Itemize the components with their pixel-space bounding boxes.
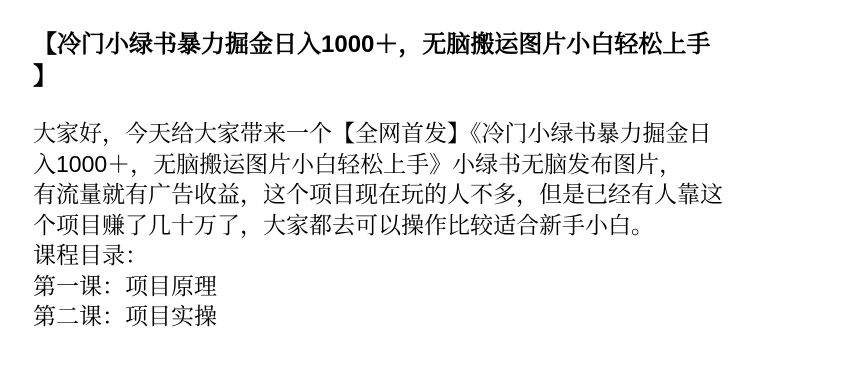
document-title: 【冷门小绿书暴力掘金日入1000＋，无脑搬运图片小白轻松上手 】 xyxy=(33,29,820,93)
body-line-2: 入1000＋，无脑搬运图片小白轻松上手》小绿书无脑发布图片， xyxy=(33,149,820,180)
document-body: 大家好，今天给大家带来一个【全网首发】《冷门小绿书暴力掘金日 入1000＋，无脑… xyxy=(33,118,820,332)
title-line-1: 【冷门小绿书暴力掘金日入1000＋，无脑搬运图片小白轻松上手 xyxy=(33,29,820,61)
body-line-lesson-2: 第二课：项目实操 xyxy=(33,301,820,332)
body-line-lesson-1: 第一课：项目原理 xyxy=(33,271,820,302)
body-line-4: 个项目赚了几十万了，大家都去可以操作比较适合新手小白。 xyxy=(33,210,820,241)
document-page: 【冷门小绿书暴力掘金日入1000＋，无脑搬运图片小白轻松上手 】 大家好，今天给… xyxy=(0,0,850,376)
body-line-3: 有流量就有广告收益，这个项目现在玩的人不多，但是已经有人靠这 xyxy=(33,179,820,210)
title-line-2: 】 xyxy=(33,61,820,93)
body-line-1: 大家好，今天给大家带来一个【全网首发】《冷门小绿书暴力掘金日 xyxy=(33,118,820,149)
body-line-course-catalog: 课程目录： xyxy=(33,240,820,271)
